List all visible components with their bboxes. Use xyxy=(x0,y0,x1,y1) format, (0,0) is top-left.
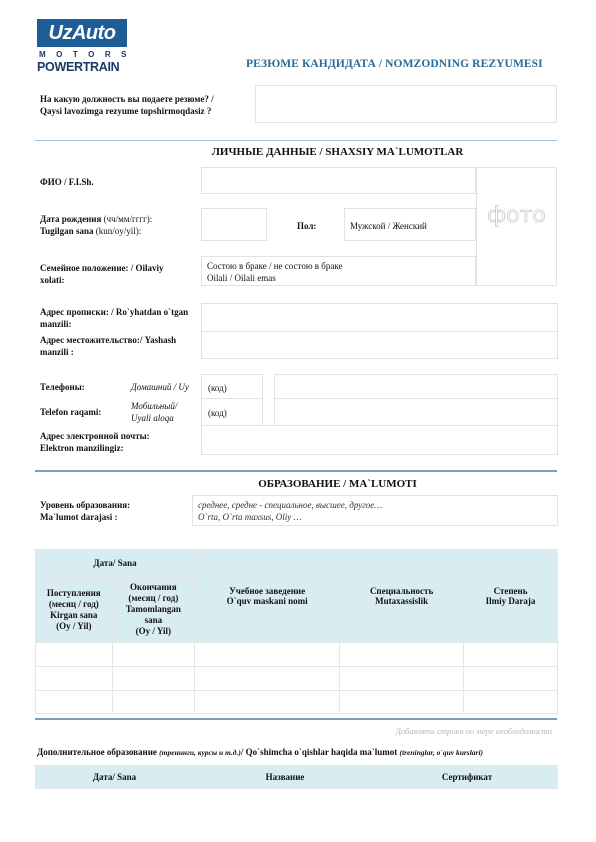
home-code-placeholder: (код) xyxy=(208,383,227,393)
marital-option-uz: Oilali / Oilali emas xyxy=(207,272,475,284)
mobile-phone-field[interactable] xyxy=(274,398,558,426)
education-level-hint-ru: среднее, средне - специальное, высшее, д… xyxy=(198,499,557,511)
education-level-field[interactable]: среднее, средне - специальное, высшее, д… xyxy=(192,495,558,526)
position-label-ru: На какую должность вы подаете резюме? / xyxy=(40,93,250,105)
table-cell[interactable] xyxy=(340,667,464,691)
table-cell[interactable] xyxy=(36,643,113,667)
phones-label-uz: Telefon raqami: xyxy=(40,406,101,418)
position-label: На какую должность вы подаете резюме? / … xyxy=(40,93,250,117)
table-row xyxy=(36,691,558,714)
table-cell[interactable] xyxy=(36,691,113,714)
logo-motors: MOTORS xyxy=(37,50,129,59)
logo-powertrain: POWERTRAIN xyxy=(37,60,129,74)
col-specialty-ru: Специальность xyxy=(340,586,463,596)
col-end-date: Окончания (месяц / год) Tamomlangan sana… xyxy=(112,577,195,643)
gender-field[interactable]: Мужской / Женский xyxy=(344,208,476,241)
mobile-phone-code-field[interactable]: (код) xyxy=(201,398,263,426)
divider xyxy=(35,140,557,141)
home-phone-label: Домашний / Uy xyxy=(131,381,189,393)
phones-label: Телефоны: xyxy=(40,381,85,393)
photo-placeholder[interactable]: фото xyxy=(476,167,557,286)
add-rows-note: Добавлять строки по мере необходимости xyxy=(396,726,553,736)
education-level-label-ru: Уровень образования: xyxy=(40,499,130,511)
table-cell[interactable] xyxy=(36,667,113,691)
col-additional-date: Дата/ Sana xyxy=(36,766,194,789)
col-end-line: (Oy / Yil) xyxy=(113,626,195,637)
col-specialty-uz: Mutaxassislik xyxy=(340,596,463,606)
col-additional-name: Название xyxy=(194,766,377,789)
home-phone-field[interactable] xyxy=(274,374,558,399)
col-institution-ru: Учебное заведение xyxy=(195,586,339,596)
birth-hint-ru: (чч/мм/гггг): xyxy=(104,214,153,224)
col-specialty: Специальность Mutaxassislik xyxy=(340,550,464,643)
birth-date-field[interactable] xyxy=(201,208,267,241)
table-cell[interactable] xyxy=(195,691,340,714)
col-additional-certificate: Сертификат xyxy=(377,766,558,789)
additional-education-heading: Дополнительное образование (тренинги, ку… xyxy=(37,747,483,757)
education-level-label-uz: Ma`lumot darajasi : xyxy=(40,511,130,523)
logo-brand: UzAuto xyxy=(37,19,127,47)
birth-label-uz: Tugilgan sana xyxy=(40,226,93,236)
table-row xyxy=(36,643,558,667)
col-date-group: Дата/ Sana xyxy=(36,550,195,577)
table-cell[interactable] xyxy=(464,643,558,667)
col-start-date: Поступления (месяц / год) Kirgan sana (O… xyxy=(36,577,113,643)
reg-address-field[interactable] xyxy=(201,303,558,332)
live-address-label: Адрес местожительство:/ Yashash manzili … xyxy=(40,334,198,358)
table-cell[interactable] xyxy=(112,667,195,691)
col-start-line: (месяц / год) xyxy=(36,599,112,610)
email-label-uz: Elektron manzilingiz: xyxy=(40,442,150,454)
col-institution-uz: O`quv maskani nomi xyxy=(195,596,339,606)
additional-heading-uz: / Qo`shimcha o`qishlar haqida ma`lumot xyxy=(241,747,397,757)
gender-options: Мужской / Женский xyxy=(350,221,427,231)
education-table: Дата/ Sana Учебное заведение O`quv maska… xyxy=(35,549,558,714)
col-degree-uz: Ilmiy Daraja xyxy=(464,596,557,606)
section-personal-heading: ЛИЧНЫЕ ДАННЫЕ / SHAXSIY MA`LUMOTLAR xyxy=(195,146,480,158)
table-cell[interactable] xyxy=(112,643,195,667)
col-degree-ru: Степень xyxy=(464,586,557,596)
mobile-code-placeholder: (код) xyxy=(208,408,227,418)
col-start-line: Поступления xyxy=(36,588,112,599)
additional-education-table: Дата/ Sana Название Сертификат xyxy=(35,765,558,789)
col-degree: Степень Ilmiy Daraja xyxy=(464,550,558,643)
birth-hint-uz: (kun/oy/yil): xyxy=(96,226,142,236)
company-logo: UzAuto MOTORS POWERTRAIN xyxy=(37,19,127,73)
table-cell[interactable] xyxy=(464,691,558,714)
marital-field[interactable]: Состою в браке / не состою в браке Oilal… xyxy=(201,256,476,286)
gender-label: Пол: xyxy=(297,220,316,232)
additional-heading-ru-hint: (тренинги, курсы и т.д.) xyxy=(159,748,241,757)
home-phone-code-field[interactable]: (код) xyxy=(201,374,263,399)
col-end-line: Tamomlangan xyxy=(113,604,195,615)
col-start-line: Kirgan sana xyxy=(36,610,112,621)
col-institution: Учебное заведение O`quv maskani nomi xyxy=(195,550,340,643)
divider xyxy=(35,718,557,720)
additional-heading-uz-hint: (treninglar, o`quv kurslari) xyxy=(400,748,484,757)
email-field[interactable] xyxy=(201,425,558,455)
col-end-line: Окончания xyxy=(113,582,195,593)
marital-label: Семейное положение: / Oilaviy xolati: xyxy=(40,262,190,286)
page-title: РЕЗЮМЕ КАНДИДАТА / NOMZODNING REZYUMESI xyxy=(246,58,543,70)
education-level-hint-uz: O`rta, O`rta maxsus, Oliy … xyxy=(198,511,557,523)
table-cell[interactable] xyxy=(340,691,464,714)
position-label-uz: Qaysi lavozimga rezyume topshirmoqdasiz … xyxy=(40,105,250,117)
table-cell[interactable] xyxy=(112,691,195,714)
email-label: Адрес электронной почты: Elektron manzil… xyxy=(40,430,150,454)
table-cell[interactable] xyxy=(340,643,464,667)
table-cell[interactable] xyxy=(195,667,340,691)
education-level-label: Уровень образования: Ma`lumot darajasi : xyxy=(40,499,130,523)
email-label-ru: Адрес электронной почты: xyxy=(40,430,150,442)
col-end-line: sana xyxy=(113,615,195,626)
table-row xyxy=(36,667,558,691)
photo-label: фото xyxy=(487,203,546,228)
fio-field[interactable] xyxy=(201,167,476,194)
col-end-line: (месяц / год) xyxy=(113,593,195,604)
reg-address-label: Адрес прописки: / Ro`yhatdan o`tgan manz… xyxy=(40,306,190,330)
section-education-heading: ОБРАЗОВАНИЕ / MA`LUMOTI xyxy=(195,478,480,490)
live-address-field[interactable] xyxy=(201,331,558,359)
additional-heading-ru: Дополнительное образование xyxy=(37,747,157,757)
table-cell[interactable] xyxy=(195,643,340,667)
table-cell[interactable] xyxy=(464,667,558,691)
birth-label: Дата рождения (чч/мм/гггг): Tugilgan san… xyxy=(40,213,152,237)
divider xyxy=(35,470,557,472)
birth-label-ru: Дата рождения xyxy=(40,214,101,224)
marital-option-ru: Состою в браке / не состою в браке xyxy=(207,260,475,272)
col-start-line: (Oy / Yil) xyxy=(36,621,112,632)
mobile-phone-label: Мобильный/ Uyali aloqa xyxy=(131,400,196,424)
fio-label: ФИО / F.I.Sh. xyxy=(40,176,94,188)
position-field[interactable] xyxy=(255,85,557,123)
